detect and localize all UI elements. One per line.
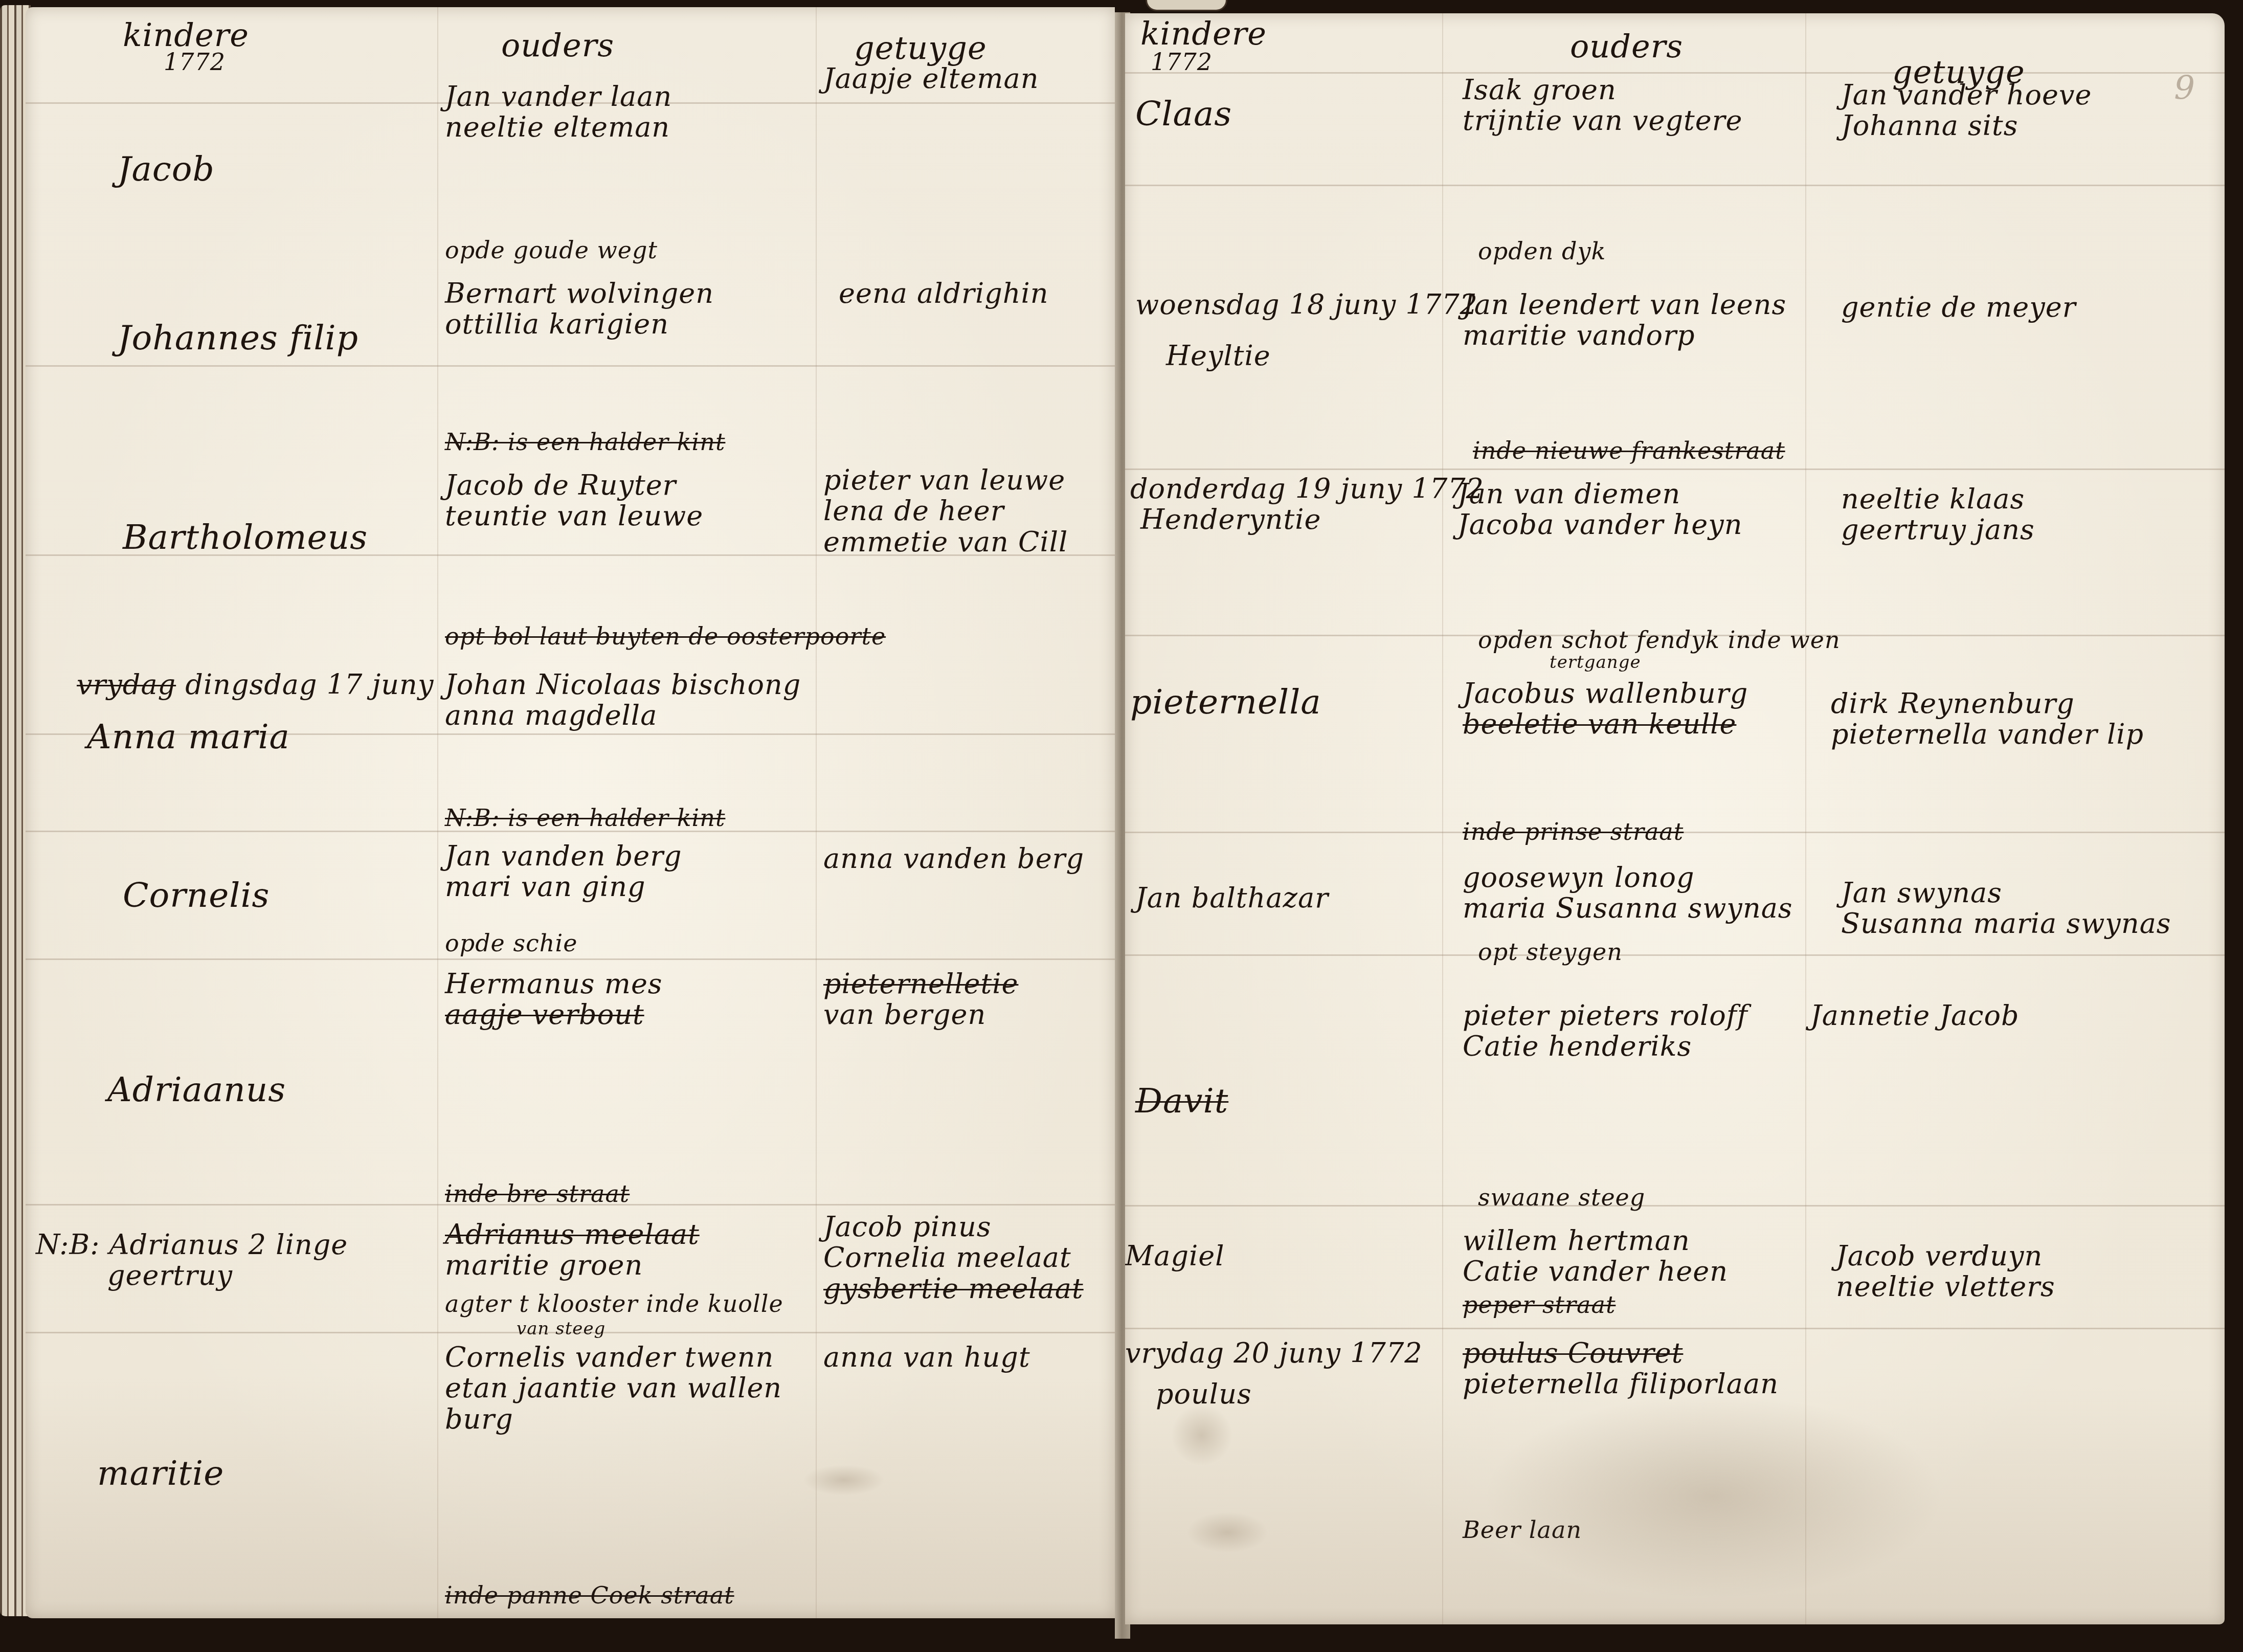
parents: Cornelis vander twenn etan jaantie van w… xyxy=(445,1342,782,1435)
address-note: van steeg xyxy=(517,1319,605,1338)
address: opt bol laut buyten de oosterpoorte xyxy=(445,623,886,650)
address-note: tertgange xyxy=(1550,653,1641,672)
child-date: vrydag dingsdag 17 juny xyxy=(77,669,434,700)
address-note: N:B: is een halder kint xyxy=(445,429,725,456)
witnesses: anna vanden berg xyxy=(823,843,1084,874)
child-name: Johannes filip xyxy=(118,319,358,357)
header-year: 1772 xyxy=(164,49,226,76)
child-date-and-name: vrydag 20 juny 1772 poulus xyxy=(1125,1338,1423,1410)
witnesses: eena aldrighin xyxy=(839,278,1049,309)
address: opde goude wegt xyxy=(445,237,658,264)
child-name: Magiel xyxy=(1125,1241,1225,1271)
child-name: Cornelis xyxy=(123,877,270,914)
parents: Isak groen trijntie van vegtere xyxy=(1463,75,1743,137)
right-page: 9 kindere 1772 ouders getuyge Claas Isak… xyxy=(1125,13,2225,1624)
witnesses: gentie de meyer xyxy=(1841,292,2076,323)
child-name: Jan balthazar xyxy=(1135,883,1329,913)
address-note: N:B: is een halder kint xyxy=(445,805,725,832)
parents: poulus Couvret pieternella filiporlaan xyxy=(1463,1338,1779,1400)
address: inde bre straat xyxy=(445,1181,630,1208)
binding-clip xyxy=(1146,0,1227,11)
child-name: Davit xyxy=(1135,1082,1228,1120)
witnesses: Jan vander hoeve Johanna sits xyxy=(1841,80,2092,142)
header-witnesses: getuyge xyxy=(854,30,987,65)
child-date-and-name: woensdag 18 juny 1772 Heyltie xyxy=(1135,289,1478,372)
parents: Jacob de Ruyter teuntie van leuwe xyxy=(445,470,703,532)
witnesses: Jan swynas Susanna maria swynas xyxy=(1841,878,2171,940)
parents: Johan Nicolaas bischong anna magdella xyxy=(445,669,801,731)
child-name: Claas xyxy=(1135,95,1232,133)
witnesses: pieternelletie van bergen xyxy=(823,969,1018,1031)
header-year: 1772 xyxy=(1151,49,1213,76)
witnesses: pieter van leuwe lena de heer emmetie va… xyxy=(823,465,1068,557)
child-date-and-name: donderdag 19 juny 1772 Henderyntie xyxy=(1130,474,1484,535)
header-parents: ouders xyxy=(501,28,614,63)
page-number: 9 xyxy=(2174,70,2195,107)
parents: Bernart wolvingen ottillia karigien xyxy=(445,278,714,340)
child-name: pieternella xyxy=(1130,683,1321,721)
parents: goosewyn lonog maria Susanna swynas xyxy=(1463,862,1793,924)
address: inde prinse straat xyxy=(1463,819,1684,845)
witnesses: anna van hugt xyxy=(823,1342,1030,1373)
witnesses: neeltie klaas geertruy jans xyxy=(1841,484,2035,546)
child-name: Jacob xyxy=(118,150,215,188)
address: swaane steeg xyxy=(1478,1185,1645,1211)
child-name: Anna maria xyxy=(87,718,290,756)
address: inde panne Coek straat xyxy=(445,1582,734,1609)
child-name: Bartholomeus xyxy=(123,519,368,556)
witnesses: dirk Reynenburg pieternella vander lip xyxy=(1831,688,2144,750)
address: peper straat xyxy=(1463,1292,1616,1319)
parents: willem hertman Catie vander heen xyxy=(1463,1225,1728,1287)
child-name: maritie xyxy=(97,1455,224,1492)
witnesses: Jannetie Jacob xyxy=(1810,1000,2020,1031)
child-name: Adriaanus xyxy=(107,1071,286,1109)
parents: Jan van diemen Jacoba vander heyn xyxy=(1457,479,1743,541)
header-parents: ouders xyxy=(1570,29,1683,64)
address: opt steygen xyxy=(1478,939,1623,966)
child-name: N:B: Adrianus 2 linge geertruy xyxy=(36,1230,348,1291)
parents: Adrianus meelaat maritie groen xyxy=(445,1219,700,1281)
witnesses: Jaapje elteman xyxy=(823,63,1039,94)
address: opden dyk xyxy=(1478,238,1606,265)
left-page: kindere 1772 ouders getuyge Jacob Jan va… xyxy=(26,7,1115,1618)
address: inde nieuwe frankestraat xyxy=(1473,438,1785,464)
parents: Jan vanden berg mari van ging xyxy=(445,841,682,903)
parents: Jacobus wallenburg beeletie van keulle xyxy=(1463,678,1748,740)
parents: Hermanus mes aagje verbout xyxy=(445,969,663,1031)
parents: pieter pieters roloff Catie henderiks xyxy=(1463,1000,1748,1062)
header-child: kindere xyxy=(1140,16,1267,51)
address: opde schie xyxy=(445,930,577,957)
witnesses: Jacob verduyn neeltie vletters xyxy=(1836,1241,2055,1303)
parents: Jan vander laan neeltie elteman xyxy=(445,81,672,143)
address: opden schot fendyk inde wen xyxy=(1478,627,1841,654)
ledger-scan: kindere 1772 ouders getuyge Jacob Jan va… xyxy=(0,0,2243,1652)
witnesses: Jacob pinus Cornelia meelaat gysbertie m… xyxy=(823,1212,1084,1304)
parents: Jan leendert van leens maritie vandorp xyxy=(1463,289,1786,351)
address: agter t klooster inde kuolle xyxy=(445,1291,783,1318)
